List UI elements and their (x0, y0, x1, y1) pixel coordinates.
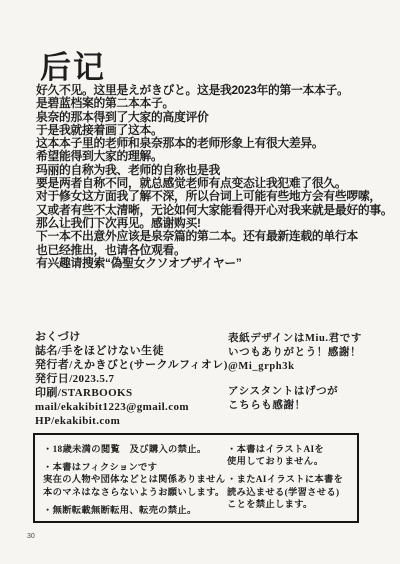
body-line: 下一本不出意外应该是泉奈篇的第二本。还有最新连载的单行本 (36, 230, 392, 243)
notice-age-restriction: ・18歳未満の閲覧 及び購入の禁止。 (43, 444, 225, 456)
body-line: 泉奈的那本得到了大家的高度评价 (36, 111, 392, 124)
notice-line: ・本書はイラストAIを (227, 444, 343, 456)
colophon-heading: おくづけ (35, 330, 228, 344)
colophon-block: おくづけ 誌名/手をほどけない生徒 発行者/えかきびと(サークルフィオレ) 発行… (35, 330, 228, 428)
notice-line: 使用しておりません。 (227, 456, 343, 468)
colophon-line-date: 発行日/2023.5.7 (35, 372, 228, 386)
afterword-text: 好久不见。这里是えがきびと。这是我2023年的第一本本子。 是碧蓝档案的第二本本… (36, 84, 392, 270)
notice-fiction-disclaimer: ・本書はフィクションです 実在の人物や団体などとは関係ありません 本のマネはなさ… (43, 462, 225, 499)
notice-no-ai-used: ・本書はイラストAIを 使用しておりません。 (227, 444, 343, 468)
notice-line: ことを禁止します。 (227, 499, 343, 511)
colophon-line-title: 誌名/手をほどけない生徒 (35, 344, 228, 358)
notice-line: 読み込ませる(学習させる) (227, 487, 343, 499)
colophon-line-publisher: 発行者/えかきびと(サークルフィオレ) (35, 358, 228, 372)
notice-line: ・無断転載無断転用、転売の禁止。 (43, 505, 225, 517)
afterword-page: 后记 好久不见。这里是えがきびと。这是我2023年的第一本本子。 是碧蓝档案的第… (0, 0, 400, 564)
body-line: 玛丽的自称为我、老师的自称也是我 (36, 164, 392, 177)
notice-line: ・またAIイラストに本書を (227, 474, 343, 486)
colophon-line-homepage: HP/ekakibit.com (35, 414, 228, 428)
credit-line: いつもありがとう！感謝！ (228, 346, 362, 360)
cover-design-credit: 表紙デザインはMiu.君です いつもありがとう！感謝！ @Mi_grph3k (228, 332, 362, 374)
credit-handle: @Mi_grph3k (228, 360, 362, 374)
body-line: 要是两者自称不同，就总感觉老师有点变态让我犯难了很久。 (36, 177, 392, 190)
body-line: 又或者有些不太清晰，无论如何大家能看得开心对我来就是最好的事。 (36, 204, 392, 217)
colophon-line-printer: 印刷/STARBOOKS (35, 386, 228, 400)
body-line: 有兴趣请搜索“偽聖女クソオブザイヤー” (36, 257, 392, 270)
notice-no-ai-training: ・またAIイラストに本書を 読み込ませる(学習させる) ことを禁止します。 (227, 474, 343, 511)
credit-line: 表紙デザインはMiu.君です (228, 332, 362, 346)
body-line: 那么让我们下次再见。感谢购买! (36, 217, 392, 230)
notice-left-column: ・18歳未満の閲覧 及び購入の禁止。 ・本書はフィクションです 実在の人物や団体… (43, 444, 225, 517)
body-line: 于是我就接着画了这本。 (36, 124, 392, 137)
notice-box: ・18歳未満の閲覧 及び購入の禁止。 ・本書はフィクションです 実在の人物や団体… (33, 433, 359, 523)
notice-no-reproduction: ・無断転載無断転用、転売の禁止。 (43, 505, 225, 517)
body-line: 好久不见。这里是えがきびと。这是我2023年的第一本本子。 (36, 84, 392, 97)
notice-line: ・18歳未満の閲覧 及び購入の禁止。 (43, 444, 225, 456)
credit-line: アシスタントはげつが (228, 385, 362, 399)
notice-line: ・本書はフィクションです (43, 462, 225, 474)
page-number: 30 (27, 533, 35, 540)
credit-line: こちらも感謝！ (228, 399, 362, 413)
body-line: 对于修女这方面我了解不深，所以台词上可能有些地方会有些啰嗦， (36, 190, 392, 203)
assistant-credit: アシスタントはげつが こちらも感謝！ (228, 385, 362, 413)
notice-line: 本のマネはなさらないようお願いします。 (43, 487, 225, 499)
body-line: 是碧蓝档案的第二本本子。 (36, 97, 392, 110)
body-line: 也已经推出，也请各位观看。 (36, 244, 392, 257)
credits-block: 表紙デザインはMiu.君です いつもありがとう！感謝！ @Mi_grph3k ア… (228, 332, 362, 413)
body-line: 这本本子里的老师和泉奈那本的老师形象上有很大差异。 (36, 137, 392, 150)
page-title: 后记 (40, 42, 106, 87)
notice-line: 実在の人物や団体などとは関係ありません (43, 474, 225, 486)
body-line: 希望能得到大家的理解。 (36, 150, 392, 163)
colophon-line-mail: mail/ekakibit1223@gmail.com (35, 400, 228, 414)
notice-right-column: ・本書はイラストAIを 使用しておりません。 ・またAIイラストに本書を 読み込… (227, 444, 343, 511)
